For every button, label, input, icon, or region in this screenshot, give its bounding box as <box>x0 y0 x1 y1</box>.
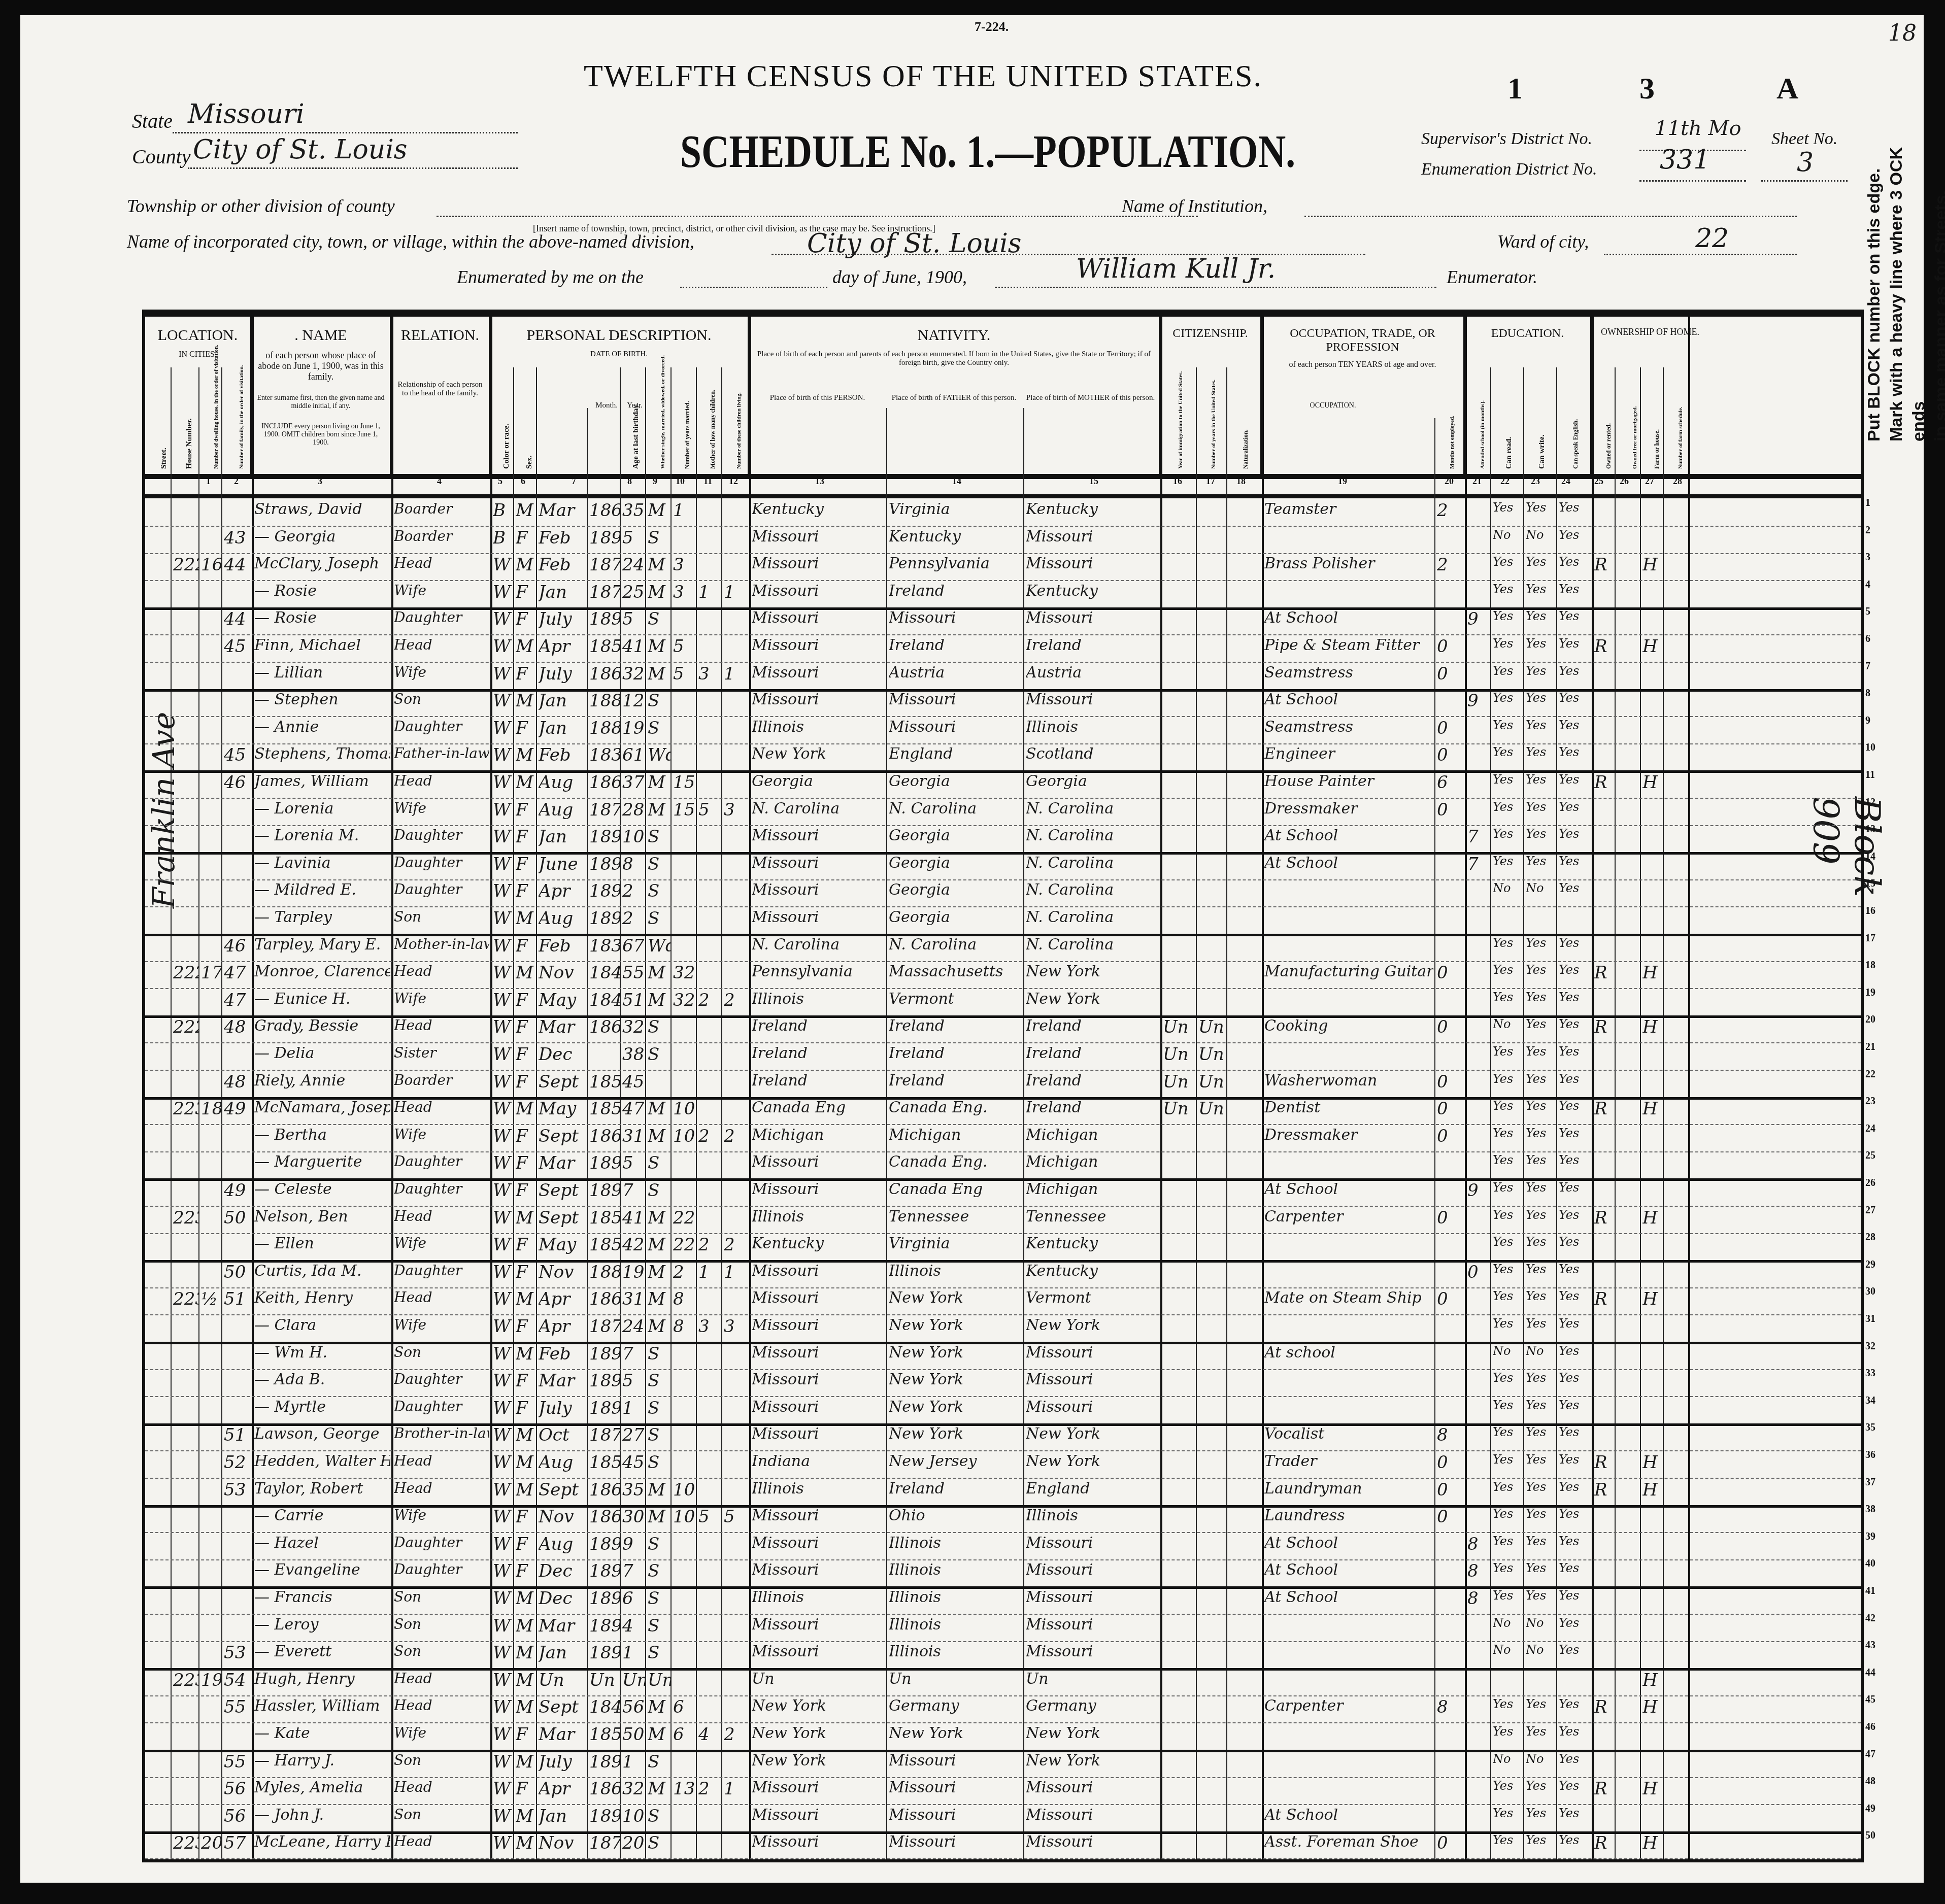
cell-eng: Yes <box>1559 1180 1590 1195</box>
cell-house: 2233 <box>173 1670 198 1690</box>
cell-color: W <box>493 800 513 820</box>
cell-write: Yes <box>1526 1316 1555 1331</box>
cell-bm: New York <box>1026 990 1159 1008</box>
cell-ms: S <box>648 609 670 629</box>
cell-house: 2225 <box>173 555 198 575</box>
cell-bm: Michigan <box>1026 1180 1159 1198</box>
cell-rel: Head <box>394 555 489 571</box>
cell-unemp: 0 <box>1437 1126 1463 1146</box>
birth-person-label: Place of birth of this PERSON. <box>749 394 886 402</box>
cell-ms: S <box>648 854 670 874</box>
line-number: 14 <box>1865 851 1875 863</box>
line-number: 35 <box>1865 1422 1875 1434</box>
cell-name: — Stephen <box>254 691 390 708</box>
cell-bp: Georgia <box>752 772 885 790</box>
cell-read: Yes <box>1493 1697 1522 1711</box>
cell-fam: 47 <box>224 963 249 983</box>
cell-fam: 45 <box>224 745 249 765</box>
free-mortgaged-header: Owned free or mortgaged. <box>1632 406 1638 469</box>
table-row: 53— EverettSonWMJan18981SMissouriIllinoi… <box>145 1641 1861 1671</box>
cell-bf: Missouri <box>889 1752 1022 1770</box>
cell-bm: Missouri <box>1026 1371 1159 1388</box>
margin-line-2: Mark with a heavy line where 3 OCK ends <box>1887 147 1928 441</box>
cell-age: 41 <box>622 1208 645 1228</box>
cell-color: W <box>493 1643 513 1663</box>
table-row: — Ada B.DaughterWFMar18955SMissouriNew Y… <box>145 1369 1861 1397</box>
cell-bm: Missouri <box>1026 1833 1159 1851</box>
cell-rel: Son <box>394 1752 489 1769</box>
cell-write: Yes <box>1526 800 1555 814</box>
dwelling-header: Number of dwelling house, in the order o… <box>213 345 219 469</box>
cell-ym: 32 <box>673 963 696 983</box>
cell-sch: 9 <box>1467 609 1489 629</box>
line-number: 26 <box>1865 1177 1875 1189</box>
cell-own: R <box>1594 1099 1614 1119</box>
colnum-10: 10 <box>676 476 685 487</box>
cell-ms: S <box>648 718 670 738</box>
cell-color: W <box>493 963 513 983</box>
can-read-header: Can read. <box>1505 437 1514 469</box>
cell-unemp: 0 <box>1437 800 1463 820</box>
cell-write: Yes <box>1526 990 1555 1004</box>
cell-occ: At School <box>1264 1588 1433 1606</box>
relation-desc: Relationship of each person to the head … <box>391 375 489 404</box>
cell-sex: M <box>516 636 536 657</box>
cell-year: 1890 <box>589 1534 620 1554</box>
cell-color: W <box>493 1344 513 1364</box>
cell-ms: S <box>648 1371 670 1391</box>
cell-read: Yes <box>1493 772 1522 787</box>
cell-year: 1879 <box>589 1833 620 1853</box>
colnum-11: 11 <box>703 476 712 487</box>
margin-instruction: Put BLOCK number on this edge. Mark with… <box>1863 107 1945 441</box>
cell-bf: Missouri <box>889 609 1022 627</box>
cell-ms: S <box>648 1044 670 1065</box>
cell-sex: M <box>516 1480 536 1500</box>
cell-bp: Pennsylvania <box>752 963 885 980</box>
cell-eng: Yes <box>1559 1452 1590 1467</box>
cell-read: Yes <box>1493 1779 1522 1793</box>
cell-occ: At School <box>1264 827 1433 844</box>
cell-bp: Kentucky <box>752 500 885 518</box>
cell-rel: Daughter <box>394 1561 489 1578</box>
colnum-28: 28 <box>1673 476 1682 487</box>
institution-label: Name of Institution, <box>1122 195 1267 217</box>
cell-cl: 1 <box>724 582 747 602</box>
cell-bp: Canada Eng <box>752 1099 885 1116</box>
cell-sex: F <box>516 1153 536 1173</box>
cell-eng: Yes <box>1559 1344 1590 1358</box>
cell-month: Sept <box>539 1480 587 1500</box>
cell-fh: H <box>1642 1670 1662 1690</box>
cell-occ: Washerwoman <box>1264 1072 1433 1090</box>
cell-eng: Yes <box>1559 718 1590 732</box>
cell-name: — Francis <box>254 1588 390 1606</box>
mother-of-header: Mother of how many children. <box>709 390 717 469</box>
cell-month: Mar <box>539 1371 587 1391</box>
cell-color: W <box>493 990 513 1010</box>
cell-name: Tarpley, Mary E. <box>254 936 390 954</box>
cell-cl: 1 <box>724 1262 747 1282</box>
cell-month: Feb <box>539 936 587 956</box>
cell-rel: Head <box>394 963 489 979</box>
cell-ms: S <box>648 1017 670 1037</box>
cell-month: Aug <box>539 1452 587 1473</box>
cell-read: Yes <box>1493 1507 1522 1521</box>
cell-month: July <box>539 1752 587 1772</box>
cell-year: 1890 <box>589 827 620 847</box>
cell-bf: New York <box>889 1398 1022 1416</box>
cell-bf: Ireland <box>889 1480 1022 1498</box>
cell-sex: F <box>516 609 536 629</box>
line-number: 4 <box>1865 579 1870 591</box>
cell-eng: Yes <box>1559 1752 1590 1766</box>
day-line <box>680 287 827 288</box>
table-row: 45Finn, MichaelHeadWMApr185941M5Missouri… <box>145 634 1861 663</box>
cell-bm: New York <box>1026 1752 1159 1770</box>
ward-label: Ward of city, <box>1497 231 1589 252</box>
table-row: — MyrtleDaughterWFJuly18981SMissouriNew … <box>145 1396 1861 1426</box>
cell-occ: Trader <box>1264 1452 1433 1470</box>
cell-year: 1833 <box>589 936 620 956</box>
cell-moc: 2 <box>698 1779 721 1799</box>
cell-year: 1868 <box>589 1017 620 1037</box>
cell-unemp: 0 <box>1437 745 1463 765</box>
occupation-desc: of each person TEN YEARS of age and over… <box>1262 354 1463 376</box>
cell-write: Yes <box>1526 963 1555 977</box>
line-number: 49 <box>1865 1803 1875 1815</box>
cell-bf: N. Carolina <box>889 800 1022 818</box>
cell-sex: F <box>516 827 536 847</box>
cell-read: Yes <box>1493 854 1522 868</box>
cell-age: 32 <box>622 1779 645 1799</box>
cell-bm: England <box>1026 1480 1159 1498</box>
cell-year: 1898 <box>589 1752 620 1772</box>
colnum-27: 27 <box>1645 476 1654 487</box>
cell-bm: Kentucky <box>1026 1235 1159 1252</box>
line-number: 25 <box>1865 1150 1875 1162</box>
cell-fam: 48 <box>224 1017 249 1037</box>
cell-ym: 10 <box>673 1099 696 1119</box>
cell-dw: 20 <box>201 1833 221 1853</box>
cell-occ: Cooking <box>1264 1017 1433 1035</box>
cell-rel: Wife <box>394 582 489 599</box>
cell-year: 1859 <box>589 636 620 657</box>
cell-occ: At School <box>1264 691 1433 708</box>
cell-bp: New York <box>752 1724 885 1742</box>
cell-rel: Daughter <box>394 854 489 871</box>
cell-write: Yes <box>1526 718 1555 732</box>
cell-year: 1876 <box>589 555 620 575</box>
institution-line <box>1304 216 1797 217</box>
enumerated-label-2: day of June, 1900, <box>832 266 967 288</box>
cell-bp: Missouri <box>752 1398 885 1416</box>
cell-eng: Yes <box>1559 772 1590 787</box>
cell-fh: H <box>1642 963 1662 983</box>
cell-bp: Missouri <box>752 1425 885 1443</box>
cell-sex: F <box>516 1316 536 1337</box>
cell-fh: H <box>1642 1452 1662 1473</box>
cell-bf: Missouri <box>889 1779 1022 1796</box>
cell-rel: Boarder <box>394 500 489 517</box>
cell-bf: Canada Eng. <box>889 1099 1022 1116</box>
cell-sch: 9 <box>1467 1180 1489 1201</box>
cell-eng: Yes <box>1559 1208 1590 1222</box>
cell-name: — Marguerite <box>254 1153 390 1171</box>
county-line <box>188 167 518 169</box>
cell-bm: Missouri <box>1026 691 1159 708</box>
line-number: 18 <box>1865 960 1875 971</box>
cell-rel: Head <box>394 636 489 653</box>
colnum-12: 12 <box>729 476 738 487</box>
cell-bm: Ireland <box>1026 1017 1159 1035</box>
cell-name: — Clara <box>254 1316 390 1334</box>
cell-year: 1876 <box>589 1316 620 1337</box>
cell-sex: M <box>516 1697 536 1717</box>
cell-write: Yes <box>1526 1371 1555 1385</box>
colnum-14: 14 <box>952 476 961 487</box>
cell-bf: Ohio <box>889 1507 1022 1524</box>
cell-rel: Head <box>394 1289 489 1306</box>
cell-age: 7 <box>622 1561 645 1581</box>
cell-bm: Ireland <box>1026 1099 1159 1116</box>
cell-sex: M <box>516 1208 536 1228</box>
cell-eng: Yes <box>1559 582 1590 596</box>
cell-bf: Illinois <box>889 1616 1022 1634</box>
cell-unemp: 0 <box>1437 718 1463 738</box>
cell-bf: Illinois <box>889 1262 1022 1280</box>
cell-sch: 8 <box>1467 1588 1489 1609</box>
line-number: 34 <box>1865 1395 1875 1407</box>
line-number: 23 <box>1865 1096 1875 1107</box>
cell-cl: 1 <box>724 664 747 684</box>
cell-eng: Yes <box>1559 827 1590 841</box>
cell-sex: M <box>516 745 536 765</box>
cell-fh: H <box>1642 1017 1662 1037</box>
cell-bm: Missouri <box>1026 1806 1159 1824</box>
cell-bp: Illinois <box>752 990 885 1008</box>
cell-bp: Missouri <box>752 1643 885 1660</box>
cell-occ: Seamstress <box>1264 718 1433 736</box>
cell-bp: New York <box>752 1697 885 1715</box>
cell-year: 1890 <box>589 1806 620 1826</box>
cell-sex: F <box>516 1534 536 1554</box>
cell-read: No <box>1493 1017 1522 1031</box>
cell-fam: 54 <box>224 1670 249 1690</box>
cell-month: Jan <box>539 718 587 738</box>
line-number: 36 <box>1865 1449 1875 1461</box>
cell-bp: Illinois <box>752 718 885 736</box>
cell-month: Nov <box>539 1507 587 1527</box>
cell-age: 19 <box>622 1262 645 1282</box>
cell-dw: ½ <box>201 1289 221 1309</box>
cell-bm: New York <box>1026 963 1159 980</box>
cell-year: 1864 <box>589 1480 620 1500</box>
cell-bp: Ireland <box>752 1044 885 1062</box>
cell-age: 24 <box>622 555 645 575</box>
cell-write: Yes <box>1526 1289 1555 1303</box>
farm-schedule-header: Number of farm schedule. <box>1678 406 1684 469</box>
cell-sch: 7 <box>1467 854 1489 874</box>
cell-sex: F <box>516 881 536 901</box>
cell-ym: 22 <box>673 1235 696 1255</box>
cell-write: No <box>1526 1344 1555 1358</box>
table-row: — DeliaSisterWFDec38SIrelandIrelandIrela… <box>145 1042 1861 1071</box>
cell-rel: Boarder <box>394 1072 489 1089</box>
cell-bp: Missouri <box>752 1779 885 1796</box>
cell-read: Yes <box>1493 1180 1522 1195</box>
cell-ms: S <box>648 1643 670 1663</box>
cell-age: 24 <box>622 1316 645 1337</box>
state-line <box>173 132 518 133</box>
cell-read: No <box>1493 881 1522 895</box>
cell-write: No <box>1526 528 1555 542</box>
sheet-line <box>1761 180 1848 182</box>
cell-name: Hassler, William <box>254 1697 390 1715</box>
cell-read: Yes <box>1493 1208 1522 1222</box>
colnum-25: 25 <box>1594 476 1603 487</box>
cell-own: R <box>1594 772 1614 793</box>
cell-color: W <box>493 582 513 602</box>
cell-name: McNamara, Joseph <box>254 1099 390 1116</box>
cell-month: July <box>539 1398 587 1418</box>
cell-rel: Daughter <box>394 1262 489 1279</box>
cell-age: 27 <box>622 1425 645 1445</box>
cell-moc: 2 <box>698 1235 721 1255</box>
cell-age: 9 <box>622 1534 645 1554</box>
age-header: Age at last birthday. <box>632 403 641 469</box>
cell-fam: 53 <box>224 1480 249 1500</box>
cell-fam: 50 <box>224 1262 249 1282</box>
relation-title: RELATION. <box>391 327 489 344</box>
cell-ms: S <box>648 1616 670 1636</box>
cell-eng: Yes <box>1559 1425 1590 1439</box>
cell-name: Nelson, Ben <box>254 1208 390 1226</box>
cell-bp: Missouri <box>752 609 885 627</box>
family-header: Number of family, in the order of visita… <box>239 365 245 469</box>
cell-unemp: 6 <box>1437 772 1463 793</box>
cell-rel: Wife <box>394 1235 489 1251</box>
cell-bf: Georgia <box>889 827 1022 844</box>
cell-color: W <box>493 1779 513 1799</box>
cell-rel: Wife <box>394 1724 489 1741</box>
cell-color: W <box>493 1289 513 1309</box>
cell-ym: 8 <box>673 1316 696 1337</box>
ward-value: 22 <box>1695 223 1729 254</box>
cell-eng: Yes <box>1559 1643 1590 1657</box>
owned-rented-header: Owned or rented. <box>1605 423 1613 469</box>
nativity-desc: Place of birth of each person and parent… <box>749 344 1159 373</box>
cell-bm: Missouri <box>1026 1643 1159 1660</box>
cell-ms: S <box>648 1180 670 1201</box>
cell-month: Apr <box>539 1316 587 1337</box>
colnum-5: 5 <box>498 476 502 487</box>
cell-eng: Yes <box>1559 1235 1590 1249</box>
cell-bf: Georgia <box>889 881 1022 899</box>
cell-age: 38 <box>622 1044 645 1065</box>
cell-bm: N. Carolina <box>1026 936 1159 954</box>
cell-occ: Brass Polisher <box>1264 555 1433 572</box>
cell-ym: 15 <box>673 800 696 820</box>
cell-bm: Michigan <box>1026 1153 1159 1171</box>
cell-dw: 17 <box>201 963 221 983</box>
cell-bm: Missouri <box>1026 609 1159 627</box>
cell-color: W <box>493 1262 513 1282</box>
cell-bf: New York <box>889 1724 1022 1742</box>
cell-ms: S <box>648 528 670 548</box>
cell-bm: New York <box>1026 1316 1159 1334</box>
cell-bp: Missouri <box>752 664 885 682</box>
cell-ym: 3 <box>673 555 696 575</box>
cell-name: Hugh, Henry <box>254 1670 390 1688</box>
cell-occ: Carpenter <box>1264 1208 1433 1226</box>
cell-bf: Georgia <box>889 854 1022 872</box>
cell-name: — Lillian <box>254 664 390 682</box>
cell-name: — Celeste <box>254 1180 390 1198</box>
can-write-header: Can write. <box>1538 435 1547 469</box>
line-number: 39 <box>1865 1531 1875 1543</box>
cell-bm: Scotland <box>1026 745 1159 763</box>
table-row: — LaviniaDaughterWFJune18918SMissouriGeo… <box>145 852 1861 880</box>
cell-eng: Yes <box>1559 1833 1590 1847</box>
cell-own: R <box>1594 1833 1614 1853</box>
cell-write: Yes <box>1526 1262 1555 1276</box>
cell-occ: Engineer <box>1264 745 1433 763</box>
enumerator-label: Enumerator. <box>1447 266 1537 288</box>
cell-sex: M <box>516 1670 536 1690</box>
table-row: 49— CelesteDaughterWFSept18927SMissouriC… <box>145 1178 1861 1207</box>
cell-write: Yes <box>1526 1534 1555 1548</box>
cell-color: W <box>493 1099 513 1119</box>
cell-month: Feb <box>539 745 587 765</box>
cell-age: 32 <box>622 664 645 684</box>
colnum-4: 4 <box>437 476 442 487</box>
enumerator-value: William Kull Jr. <box>1076 254 1276 284</box>
cell-name: — Wm H. <box>254 1344 390 1362</box>
cell-ms: Wd <box>648 936 670 956</box>
form-number: 7-224. <box>975 19 1009 35</box>
cell-bp: Un <box>752 1670 885 1688</box>
cell-month: Apr <box>539 1289 587 1309</box>
cell-bf: Michigan <box>889 1126 1022 1144</box>
cell-moc: 3 <box>698 664 721 684</box>
cell-read: Yes <box>1493 664 1522 678</box>
line-number: 5 <box>1865 606 1870 618</box>
line-number: 11 <box>1865 769 1875 781</box>
cell-color: W <box>493 1480 513 1500</box>
cell-month: Mar <box>539 1017 587 1037</box>
cell-read: Yes <box>1493 800 1522 814</box>
cell-read: Yes <box>1493 936 1522 950</box>
cell-write: Yes <box>1526 1180 1555 1195</box>
naturalization-header: Naturalization. <box>1242 429 1250 469</box>
cell-ms: M <box>648 664 670 684</box>
cell-name: — Kate <box>254 1724 390 1742</box>
line-number: 16 <box>1865 905 1875 917</box>
cell-house: 2229 <box>173 963 198 983</box>
cell-cl: 2 <box>724 1126 747 1146</box>
cell-month: Dec <box>539 1044 587 1065</box>
cell-color: W <box>493 636 513 657</box>
cell-occ: Laundress <box>1264 1507 1433 1524</box>
cell-year: 1839 <box>589 745 620 765</box>
line-number: 31 <box>1865 1313 1875 1325</box>
table-row: — Lorenia M.DaughterWFJan189010SMissouri… <box>145 825 1861 855</box>
cell-moc: 5 <box>698 800 721 820</box>
city-value: City of St. Louis <box>807 228 1022 259</box>
county-value: City of St. Louis <box>193 134 408 165</box>
colnum-18: 18 <box>1236 476 1246 487</box>
